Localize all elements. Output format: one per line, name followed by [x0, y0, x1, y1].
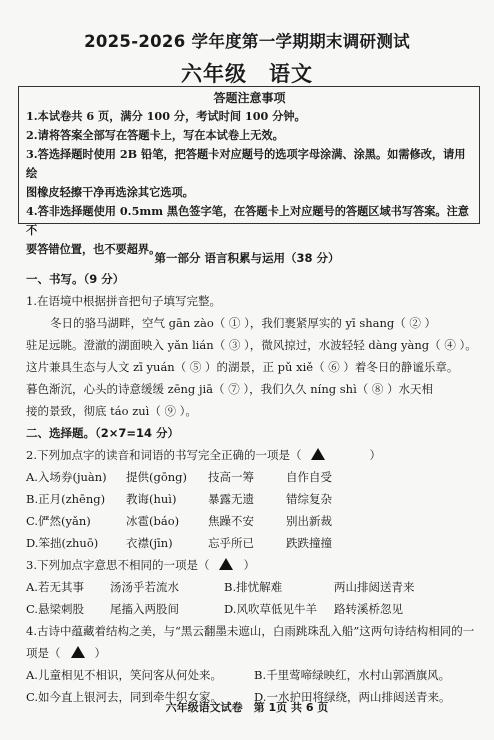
- option-row: A.入场券(juàn) 提供(gōng) 技高一筹 自作自受: [26, 466, 482, 488]
- option-item: 跌跌撞撞: [286, 532, 386, 554]
- passage-line: 驻足远眺。澄澈的湖面映入 yǎn lián（ ③ ），微风掠过，水波轻轻 dàn…: [26, 334, 482, 356]
- paren-close: ）: [243, 558, 255, 572]
- notice-title: 答题注意事项: [26, 89, 473, 107]
- paren-close: ）: [369, 448, 381, 462]
- option-item: 焦躁不安: [208, 510, 286, 532]
- option-item: 两山排闼送青来: [334, 576, 434, 598]
- option-item: 忘乎所已: [208, 532, 286, 554]
- passage-line: 接的景致，彻底 táo zuì（ ⑨ ）。: [26, 400, 482, 422]
- section-heading: 二、选择题。（2×7=14 分）: [26, 422, 482, 444]
- question-text: 2.下列加点字的读音和词语的书写完全正确的一项是（: [26, 448, 301, 462]
- option-item: 教诲(huì): [126, 488, 208, 510]
- exam-page: 2025-2026 学年度第一学期期末调研测试 六年级语文 答题注意事项 1.本…: [0, 0, 494, 740]
- option-item: A.入场券(juàn): [26, 466, 126, 488]
- notice-item: 图橡皮轻擦干净再选涂其它选项。: [26, 183, 473, 202]
- question-3-prompt: 3.下列加点字意思不相同的一项是（）: [26, 554, 482, 576]
- option-item: 衣襟(jīn): [126, 532, 208, 554]
- notice-item: 2.请将答案全部写在答题卡上，写在本试卷上无效。: [26, 126, 473, 145]
- option-item: B.正月(zhēng): [26, 488, 126, 510]
- option-row: A.儿童相见不相识，笑问客从何处来。 B.千里莺啼绿映红，水村山郭酒旗风。: [26, 664, 482, 686]
- answer-triangle-icon: [219, 558, 233, 570]
- page-footer: 六年级语文试卷 第 1页 共 6 页: [0, 699, 494, 715]
- option-row: B.正月(zhēng) 教诲(huì) 暴露无遗 错综复杂: [26, 488, 482, 510]
- option-row: C.俨然(yǎn) 冰雹(báo) 焦躁不安 别出新裁: [26, 510, 482, 532]
- passage-line: 冬日的骆马湖畔，空气 gān zào（ ① ），我们裹紧厚实的 yī shang…: [26, 312, 482, 334]
- option-item: 提供(gōng): [126, 466, 208, 488]
- question-text: 项是（: [26, 646, 61, 660]
- grade-label: 六年级: [181, 62, 247, 86]
- subject-label: 语文: [269, 62, 313, 86]
- notice-item: 4.答非选择题使用 0.5mm 黑色签字笔，在答题卡上对应题号的答题区域书写答案…: [26, 202, 473, 240]
- notice-item: 1.本试卷共 6 页，满分 100 分，考试时间 100 分钟。: [26, 107, 473, 126]
- exam-subtitle: 六年级语文: [0, 58, 494, 88]
- option-item: 汤汤乎若流水: [110, 576, 224, 598]
- question-1-prompt: 1.在语境中根据拼音把句子填写完整。: [26, 290, 482, 312]
- option-item: 自作自受: [286, 466, 386, 488]
- option-item: 技高一筹: [208, 466, 286, 488]
- passage-line: 这片兼具生态与人文 zī yuán（ ⑤ ）的湖景，正 pǔ xiě（ ⑥ ）着…: [26, 356, 482, 378]
- option-item: B.排忧解难: [224, 576, 334, 598]
- passage-line: 暮色渐沉，心头的诗意缓缓 zēng jiā（ ⑦ ），我们久久 níng shì…: [26, 378, 482, 400]
- option-item: 暴露无遗: [208, 488, 286, 510]
- notice-box: 答题注意事项 1.本试卷共 6 页，满分 100 分，考试时间 100 分钟。 …: [18, 86, 480, 224]
- answer-triangle-icon: [311, 448, 325, 460]
- option-item: D.风吹草低见牛羊: [224, 598, 334, 620]
- section-1: 一、书写。（9 分） 1.在语境中根据拼音把句子填写完整。 冬日的骆马湖畔，空气…: [26, 268, 482, 708]
- option-row: D.笨拙(zhuō) 衣襟(jīn) 忘乎所已 跌跌撞撞: [26, 532, 482, 554]
- option-row: A.若无其事 汤汤乎若流水 B.排忧解难 两山排闼送青来: [26, 576, 482, 598]
- answer-triangle-icon: [71, 646, 85, 658]
- paren-close: ）: [95, 646, 107, 660]
- notice-item: 3.答选择题时使用 2B 铅笔，把答题卡对应题号的选项字母涂满、涂黑。如需修改，…: [26, 145, 473, 183]
- option-item: 尾搐入两股间: [110, 598, 224, 620]
- question-text: 3.下列加点字意思不相同的一项是（: [26, 558, 209, 572]
- part-title: 第一部分 语言积累与运用（38 分）: [0, 250, 494, 266]
- option-item: 别出新裁: [286, 510, 386, 532]
- question-4-prompt-cont: 项是（）: [26, 642, 482, 664]
- option-item: A.若无其事: [26, 576, 110, 598]
- option-item: A.儿童相见不相识，笑问客从何处来。: [26, 664, 254, 686]
- option-item: C.悬梁刺股: [26, 598, 110, 620]
- option-item: D.笨拙(zhuō): [26, 532, 126, 554]
- question-4-prompt: 4.古诗中蕴藏着结构之美，与“黑云翻墨未遮山，白雨跳珠乱入船”这两句诗结构相同的…: [26, 620, 482, 642]
- option-item: C.俨然(yǎn): [26, 510, 126, 532]
- option-item: 错综复杂: [286, 488, 386, 510]
- option-item: 冰雹(báo): [126, 510, 208, 532]
- section-heading: 一、书写。（9 分）: [26, 268, 482, 290]
- question-2-prompt: 2.下列加点字的读音和词语的书写完全正确的一项是（）: [26, 444, 482, 466]
- option-item: B.千里莺啼绿映红，水村山郭酒旗风。: [254, 664, 482, 686]
- exam-title: 2025-2026 学年度第一学期期末调研测试: [0, 28, 494, 52]
- option-item: 路转溪桥忽见: [334, 598, 434, 620]
- option-row: C.悬梁刺股 尾搐入两股间 D.风吹草低见牛羊 路转溪桥忽见: [26, 598, 482, 620]
